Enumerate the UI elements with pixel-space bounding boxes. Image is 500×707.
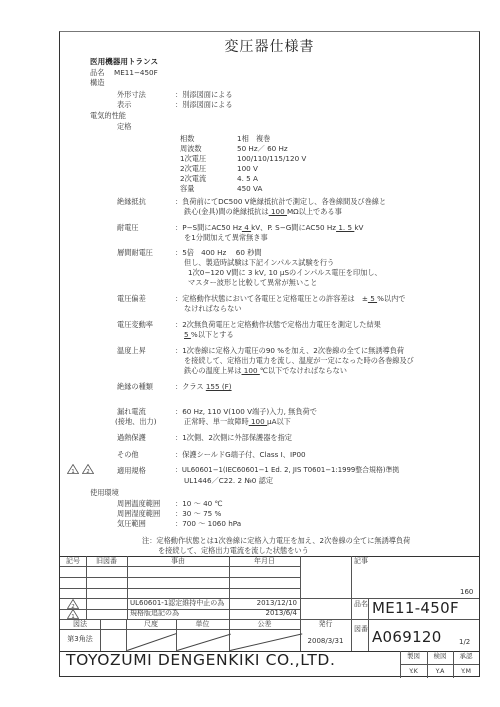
insulation-resistance-line2: 鉄心(金具)間の絶縁抵抗は 100 MΩ以上である事	[184, 207, 342, 216]
approval-name-checked: Y.A	[427, 667, 453, 676]
revision-reason-2: UL60601-1認定維持中止の為	[130, 599, 224, 608]
electrical-label: 電気的性能	[90, 111, 126, 120]
projection-label: 図法	[60, 620, 100, 629]
drawing-no-label: 図番	[354, 625, 366, 633]
environment-label: 使用環境	[90, 488, 119, 497]
document-title: 変圧器仕様書	[60, 36, 479, 56]
structure-label-1: 表示	[117, 100, 131, 109]
col-rule-projection	[100, 619, 101, 651]
drawing-number: A069120	[372, 628, 442, 646]
overheat-protection-value: ：1次側、2次側に外部保護器を指定	[175, 433, 292, 442]
issue-date: 2008/3/31	[300, 637, 351, 646]
note-line1: 注：定格動作状態とは1次巻線に定格入力電圧を加え、2次巻線の全てに無誘導負荷	[142, 536, 410, 545]
approval-name-drafted: Y.K	[400, 667, 427, 676]
rating-label-2: 1次電圧	[180, 154, 206, 163]
environment-value-2: ：700 ～ 1060 hPa	[175, 519, 241, 528]
scale-label: 尺度	[126, 620, 176, 629]
header-date: 年月日	[229, 557, 300, 566]
other-label: その他	[117, 450, 139, 459]
tolerance-label: 公差	[229, 620, 300, 629]
rating-value-0: 1相 複巻	[237, 134, 270, 143]
interlayer-withstand-line2: 但し、製造時試験は下記インパルス試験を行う	[184, 258, 334, 267]
temperature-rise-line2: を接続して、定格出力電力を流し、温度が一定になった時の各巻線及び	[184, 356, 414, 365]
environment-label-2: 気圧範囲	[117, 519, 146, 528]
structure-value-0: ：別添図面による	[175, 90, 233, 99]
rating-value-2: 100/110/115/120 V	[237, 154, 306, 163]
col-rule-label	[368, 598, 369, 651]
unit-label: 単位	[176, 620, 229, 629]
svg-text:2: 2	[86, 469, 90, 474]
interlayer-withstand-line1: ：5倍 400 Hz 60 秒間	[175, 248, 262, 257]
insulation-resistance-value: 100	[269, 207, 287, 216]
rating-label-1: 周波数	[180, 144, 202, 153]
temperature-rise-line1: ：1次巻線に定格入力電圧の90 %を加え、2次巻線の全てに無誘導負荷	[175, 346, 404, 355]
scale-slash	[127, 633, 176, 651]
product-category: 医用機器用トランス	[90, 57, 158, 66]
temperature-rise-line3: 鉄心の温度上昇は 100 ℃以下でなければならない	[184, 366, 347, 375]
rating-label-3: 2次電圧	[180, 164, 206, 173]
environment-value-0: ：10 ～ 40 ℃	[175, 499, 223, 508]
spec-sheet: 変圧器仕様書 医用機器用トランス 品名 ME11−450F 構造 外形寸法 ：別…	[59, 31, 480, 677]
table-row-rule-2	[60, 588, 300, 589]
overheat-protection-label: 過熱保護	[117, 433, 146, 442]
revision-date-1: 2013/6/4	[229, 609, 297, 618]
rating-label-5: 容量	[180, 184, 194, 193]
tolerance-slash	[230, 633, 302, 651]
product-name: ME11−450F	[114, 68, 158, 77]
approval-rule	[400, 664, 479, 665]
interlayer-withstand-line4: マスター波形と比較して異常が無いこと	[188, 278, 317, 287]
structure-value-1: ：別添図面による	[175, 100, 233, 109]
rating-label-0: 相数	[180, 134, 194, 143]
insulation-class-value: ：クラス 155 (F)	[175, 382, 232, 391]
environment-label-0: 周囲温度範囲	[117, 499, 160, 508]
insulation-resistance-label: 絶縁抵抗	[117, 197, 146, 206]
other-value: ：保護シールドG端子付、Class Ⅰ、IP00	[175, 450, 306, 459]
issue-label: 発行	[300, 620, 351, 629]
revision-triangle-2-icon: 2	[82, 464, 94, 477]
approval-name-approved: Y.M	[453, 667, 479, 676]
sheet-number: 1/2	[459, 638, 470, 647]
standards-line1: ：UL60601−1(IEC60601−1 Ed. 2, JIS T0601−1…	[175, 466, 399, 475]
voltage-deviation-label: 電圧偏差	[117, 294, 146, 303]
note-line2: を接続して、定格出力電流を流した状態をいう	[158, 546, 309, 555]
revision-triangle-1-icon: 1	[67, 464, 79, 477]
voltage-regulation-label: 電圧変動率	[117, 320, 153, 329]
rating-label: 定格	[117, 122, 131, 131]
approval-role-checked: 検図	[427, 652, 453, 661]
voltage-regulation-line1: ：2次無負荷電圧と定格動作状態で定格出力電圧を測定した結果	[175, 320, 381, 329]
header-remarks: 記事	[354, 557, 368, 566]
approval-role-drafted: 製図	[400, 652, 427, 661]
insulation-resistance-line1: ：負荷前にてDC500 V絶縁抵抗計で測定し、各巻線間及び巻線と	[175, 197, 386, 206]
header-mark: 記号	[60, 557, 86, 566]
header-old-drawing: 旧図番	[86, 557, 127, 566]
revision-date-2: 2013/12/10	[229, 599, 297, 608]
voltage-deviation-line1: ：定格動作状態において各電圧と定格電圧との許容差は ± 5 %以内で	[175, 294, 405, 303]
leakage-current-line1: ：60 Hz, 110 V(100 V端子)入力, 無負荷で	[175, 407, 317, 416]
voltage-deviation-line2: なければならない	[184, 304, 242, 313]
rating-value-5: 450 VA	[237, 184, 262, 193]
header-reason: 事由	[127, 557, 229, 566]
interlayer-withstand-label: 層間耐電圧	[117, 248, 153, 257]
svg-text:1: 1	[71, 614, 75, 619]
unit-slash	[177, 634, 231, 651]
leakage-current-line2: 正常時、単一故障時 100 μA以下	[184, 417, 291, 426]
environment-label-1: 周囲湿度範囲	[117, 509, 160, 518]
leakage-current-sublabel: (接地、出力)	[115, 417, 157, 426]
table-row-rule-6	[60, 629, 300, 630]
rating-value-1: 50 Hz／ 60 Hz	[237, 144, 288, 153]
insulation-class-label: 絶縁の種類	[117, 382, 153, 391]
leakage-current-label: 漏れ電流	[117, 407, 146, 416]
structure-label-0: 外形寸法	[117, 90, 146, 99]
temperature-rise-label: 温度上昇	[117, 346, 146, 355]
rating-value-4: 4. 5 A	[237, 174, 258, 183]
title-block-product-name: ME11-450F	[372, 599, 459, 617]
withstand-voltage-line2: を1分間加えて異常無き事	[184, 233, 268, 242]
approval-role-approved: 承認	[453, 652, 479, 661]
structure-label: 構造	[90, 78, 104, 87]
col-rule-remarks	[351, 556, 352, 651]
rating-value-3: 100 V	[237, 164, 258, 173]
interlayer-withstand-line3: 1次0−120 V間に 3 kV, 10 μSのインパルス電圧を印加し、	[188, 268, 382, 277]
svg-text:1: 1	[71, 469, 75, 474]
remarks-value: 160	[460, 588, 473, 597]
rating-label-4: 2次電流	[180, 174, 206, 183]
table-row-rule-1	[60, 577, 300, 578]
environment-value-1: ：30 ～ 75 %	[175, 509, 221, 518]
withstand-voltage-label: 耐電圧	[117, 223, 139, 232]
voltage-regulation-line2: 5 %以下とする	[184, 330, 234, 339]
standards-line2: UL1446／C22. 2 №0 認定	[184, 476, 273, 485]
product-label: 品名	[90, 68, 104, 77]
company-name: TOYOZUMI DENGENKIKI CO.,LTD.	[66, 656, 335, 665]
withstand-voltage-line1: ：P−S間にAC50 Hz 4 kV、P. S−G間にAC50 Hz 1. 5 …	[175, 223, 363, 232]
revision-reason-1: 規格版追記の為	[130, 609, 179, 618]
table-header-rule	[60, 566, 300, 567]
standards-label: 適用規格	[117, 466, 146, 475]
product-name-label: 品名	[354, 600, 366, 608]
projection-value: 第3角法	[60, 635, 100, 644]
